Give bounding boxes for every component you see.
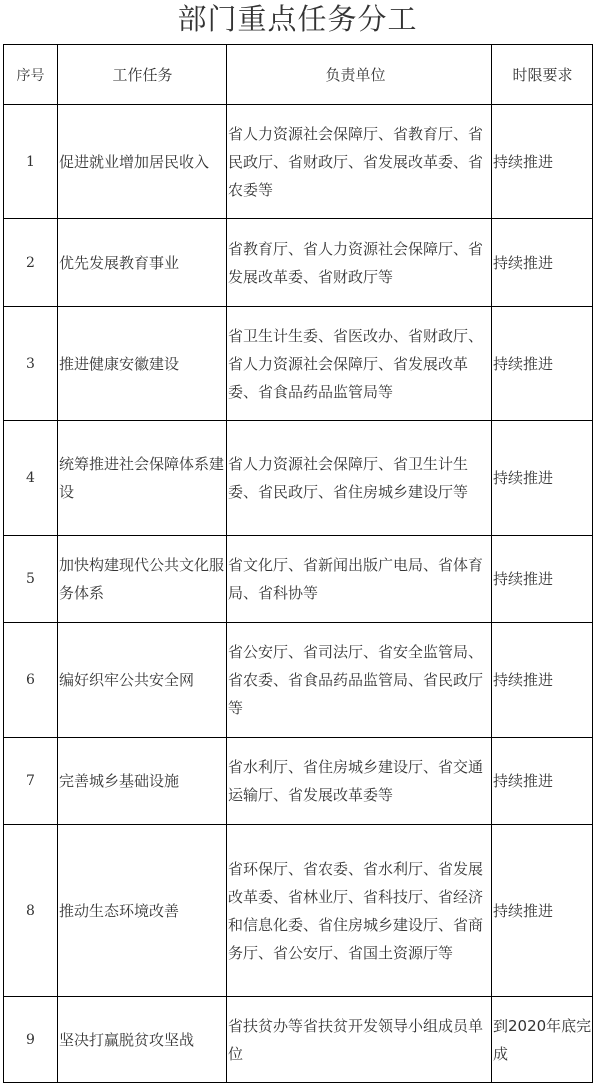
- row-task: 完善城乡基础设施: [58, 738, 227, 825]
- table-row: 6 编好织牢公共安全网 省公安厅、省司法厅、省安全监管局、省农委、省食品药品监管…: [4, 623, 593, 738]
- table-row: 3 推进健康安徽建设 省卫生计生委、省医改办、省财政厅、省人力资源社会保障厅、省…: [4, 307, 593, 421]
- row-deadline: 持续推进: [492, 825, 593, 997]
- row-deadline: 持续推进: [492, 219, 593, 307]
- table-header-row: 序号 工作任务 负责单位 时限要求: [4, 45, 593, 105]
- row-task: 推进健康安徽建设: [58, 307, 227, 421]
- row-number: 6: [4, 623, 58, 738]
- row-unit: 省环保厅、省农委、省水利厅、省发展改革委、省林业厅、省科技厅、省经济和信息化委、…: [227, 825, 492, 997]
- table-row: 1 促进就业增加居民收入 省人力资源社会保障厅、省教育厅、省民政厅、省财政厅、省…: [4, 105, 593, 219]
- table-row: 2 优先发展教育事业 省教育厅、省人力资源社会保障厅、省发展改革委、省财政厅等 …: [4, 219, 593, 307]
- row-number: 8: [4, 825, 58, 997]
- header-deadline: 时限要求: [492, 45, 593, 105]
- row-number: 5: [4, 536, 58, 623]
- row-unit: 省卫生计生委、省医改办、省财政厅、省人力资源社会保障厅、省发展改革委、省食品药品…: [227, 307, 492, 421]
- row-task: 编好织牢公共安全网: [58, 623, 227, 738]
- task-table: 序号 工作任务 负责单位 时限要求 1 促进就业增加居民收入 省人力资源社会保障…: [3, 44, 593, 1083]
- row-deadline: 到2020年底完成: [492, 997, 593, 1083]
- header-number: 序号: [4, 45, 58, 105]
- row-unit: 省扶贫办等省扶贫开发领导小组成员单位: [227, 997, 492, 1083]
- row-unit: 省水利厅、省住房城乡建设厅、省交通运输厅、省发展改革委等: [227, 738, 492, 825]
- header-unit: 负责单位: [227, 45, 492, 105]
- row-number: 4: [4, 421, 58, 536]
- row-unit: 省人力资源社会保障厅、省教育厅、省民政厅、省财政厅、省发展改革委、省农委等: [227, 105, 492, 219]
- row-number: 9: [4, 997, 58, 1083]
- row-deadline: 持续推进: [492, 307, 593, 421]
- row-unit: 省公安厅、省司法厅、省安全监管局、省农委、省食品药品监管局、省民政厅等: [227, 623, 492, 738]
- row-deadline: 持续推进: [492, 421, 593, 536]
- table-row: 5 加快构建现代公共文化服务体系 省文化厅、省新闻出版广电局、省体育局、省科协等…: [4, 536, 593, 623]
- row-deadline: 持续推进: [492, 623, 593, 738]
- table-row: 7 完善城乡基础设施 省水利厅、省住房城乡建设厅、省交通运输厅、省发展改革委等 …: [4, 738, 593, 825]
- row-deadline: 持续推进: [492, 536, 593, 623]
- row-unit: 省教育厅、省人力资源社会保障厅、省发展改革委、省财政厅等: [227, 219, 492, 307]
- row-deadline: 持续推进: [492, 738, 593, 825]
- row-task: 坚决打赢脱贫攻坚战: [58, 997, 227, 1083]
- row-task: 统筹推进社会保障体系建设: [58, 421, 227, 536]
- table-row: 4 统筹推进社会保障体系建设 省人力资源社会保障厅、省卫生计生委、省民政厅、省住…: [4, 421, 593, 536]
- table-row: 9 坚决打赢脱贫攻坚战 省扶贫办等省扶贫开发领导小组成员单位 到2020年底完成: [4, 997, 593, 1083]
- header-task: 工作任务: [58, 45, 227, 105]
- row-number: 3: [4, 307, 58, 421]
- row-number: 2: [4, 219, 58, 307]
- row-deadline: 持续推进: [492, 105, 593, 219]
- row-number: 1: [4, 105, 58, 219]
- row-number: 7: [4, 738, 58, 825]
- row-unit: 省人力资源社会保障厅、省卫生计生委、省民政厅、省住房城乡建设厅等: [227, 421, 492, 536]
- row-task: 加快构建现代公共文化服务体系: [58, 536, 227, 623]
- page-title: 部门重点任务分工: [0, 0, 595, 40]
- row-task: 推动生态环境改善: [58, 825, 227, 997]
- table-row: 8 推动生态环境改善 省环保厅、省农委、省水利厅、省发展改革委、省林业厅、省科技…: [4, 825, 593, 997]
- row-task: 优先发展教育事业: [58, 219, 227, 307]
- row-unit: 省文化厅、省新闻出版广电局、省体育局、省科协等: [227, 536, 492, 623]
- row-task: 促进就业增加居民收入: [58, 105, 227, 219]
